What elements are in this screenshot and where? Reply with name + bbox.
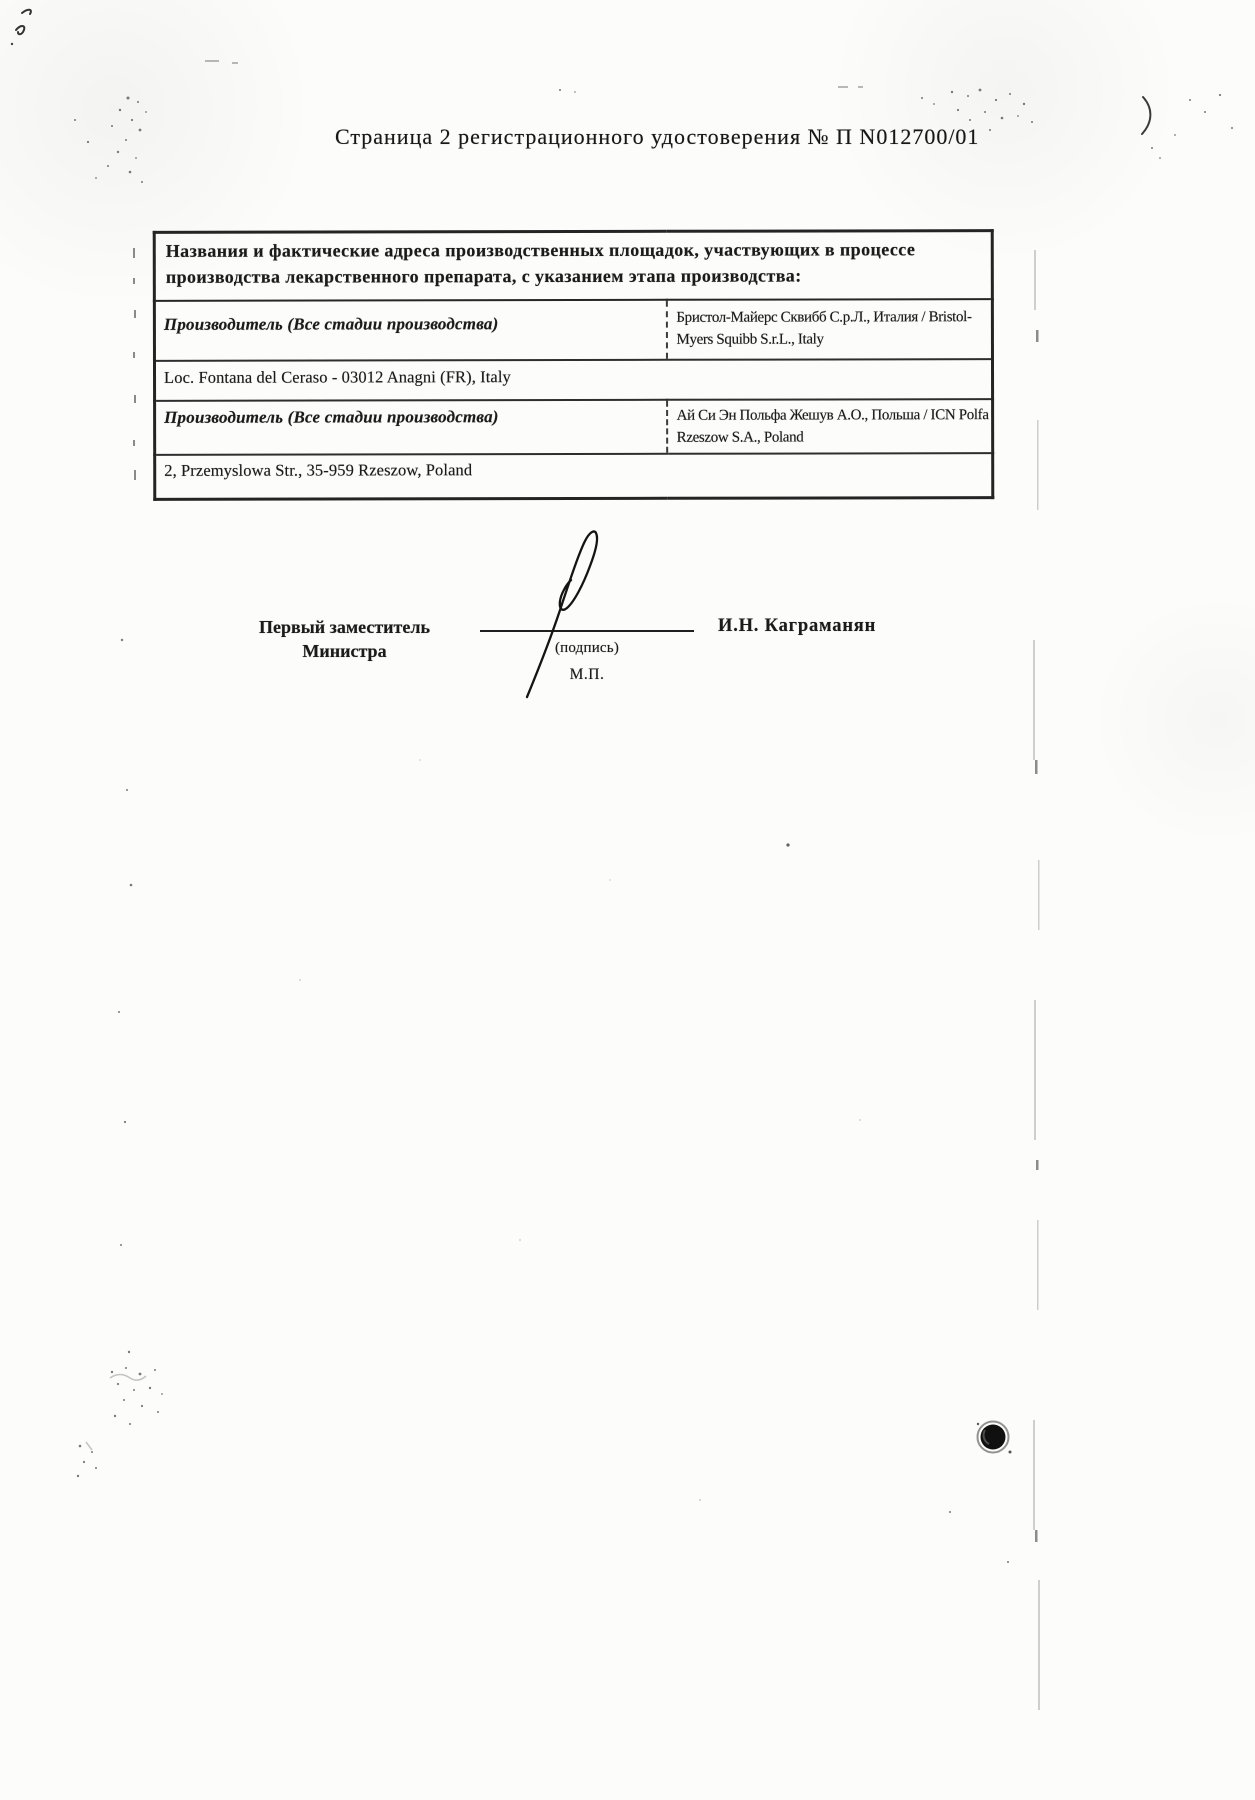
scanned-certificate-page: Страница 2 регистрационного удостоверени…: [0, 0, 1255, 1800]
edge-dashes-top: [205, 60, 863, 88]
table-row: 2, Przemyslowa Str., 35-959 Rzeszow, Pol…: [155, 453, 993, 500]
page-header: Страница 2 регистрационного удостоверени…: [335, 124, 979, 150]
signatory-title: Первый заместитель Министра: [252, 615, 437, 664]
edge-ticks-right: [1035, 330, 1039, 1542]
manufacturer-2-label: Производитель (Все стадии производства): [155, 399, 667, 454]
production-sites-table: Названия и фактические адреса производст…: [153, 229, 995, 501]
signatory-title-line-1: Первый заместитель: [252, 615, 437, 639]
stamp-mark: М.П.: [480, 666, 694, 684]
signatory-title-line-2: Министра: [252, 639, 437, 663]
manufacturer-1-label: Производитель (Все стадии производства): [154, 299, 666, 360]
signatory-name: И.Н. Каграманян: [718, 616, 876, 637]
table-caption: Названия и фактические адреса производст…: [154, 231, 992, 301]
table-row: Производитель (Все стадии производства) …: [154, 299, 992, 361]
edge-dashes-left: [133, 248, 136, 480]
signature-line: [480, 630, 694, 632]
edge-streaks-right: [1033, 250, 1040, 1710]
paren-mark: [1142, 97, 1150, 134]
signature-caption: (подпись): [480, 640, 694, 657]
table-row: Названия и фактические адреса производст…: [154, 231, 992, 301]
manufacturer-2-name-line-1: Ай Си Эн Польфа Жешув А.О., Польша / ICN…: [677, 404, 988, 427]
manufacturer-2-name-line-2: Rzeszow S.A., Poland: [677, 426, 988, 449]
manufacturer-2-name: Ай Си Эн Польфа Жешув А.О., Польша / ICN…: [667, 399, 993, 454]
manufacturer-2-address: 2, Przemyslowa Str., 35-959 Rzeszow, Pol…: [155, 453, 993, 500]
faint-speckles: [86, 759, 861, 1501]
table-row: Производитель (Все стадии производства) …: [155, 399, 993, 455]
pen-marks: [11, 10, 31, 45]
table-row: Loc. Fontana del Ceraso - 03012 Anagni (…: [154, 359, 992, 401]
manufacturer-1-address: Loc. Fontana del Ceraso - 03012 Anagni (…: [154, 359, 992, 401]
manufacturer-1-name-line-2: Myers Squibb S.r.L., Italy: [676, 328, 987, 351]
manufacturer-1-name-line-1: Бристол-Майерс Сквибб С.р.Л., Италия / B…: [676, 306, 987, 329]
punch-hole-mark: [977, 1422, 1012, 1454]
manufacturer-1-name: Бристол-Майерс Сквибб С.р.Л., Италия / B…: [666, 299, 992, 360]
